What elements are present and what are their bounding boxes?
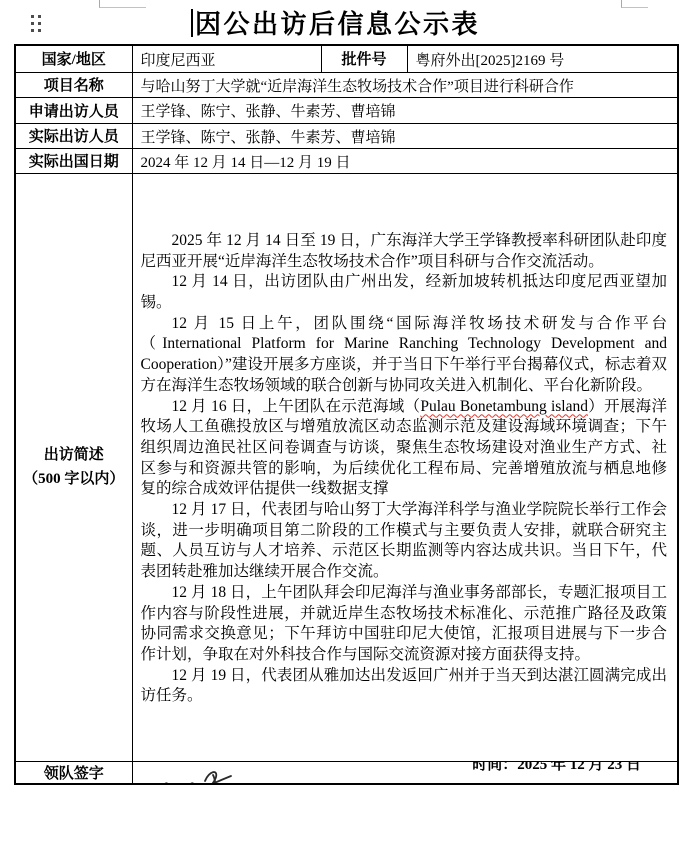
applied-personnel-label-cell: 申请出访人员 bbox=[15, 97, 132, 123]
table-row: 申请出访人员 王学锋、陈宁、张静、牛素芳、曹培锦 bbox=[15, 97, 678, 123]
table-row: 出访简述 （500 字以内） 2025 年 12 月 14 日至 19 日，广东… bbox=[15, 173, 678, 761]
summary-label-line2: （500 字以内） bbox=[18, 467, 130, 491]
spellcheck-underlined-text: Pulau Bonetambung island bbox=[420, 398, 588, 415]
signature-image bbox=[143, 766, 235, 784]
column-marker-icon bbox=[621, 0, 648, 8]
summary-label-line1: 出访简述 bbox=[18, 443, 130, 467]
project-label-cell: 项目名称 bbox=[15, 72, 132, 97]
summary-paragraph: 12 月 15 日上午，团队围绕“国际海洋牧场技术研发与合作平台（Interna… bbox=[141, 314, 668, 397]
info-table: 国家/地区 印度尼西亚 批件号 粤府外出[2025]2169 号 项目名称 与哈… bbox=[14, 44, 679, 785]
country-value-cell: 印度尼西亚 bbox=[132, 45, 321, 72]
summary-paragraphs: 2025 年 12 月 14 日至 19 日，广东海洋大学王学锋教授率科研团队赴… bbox=[141, 231, 668, 707]
page-title: 因公出访后信息公示表 bbox=[195, 4, 480, 41]
summary-paragraph: 2025 年 12 月 14 日至 19 日，广东海洋大学王学锋教授率科研团队赴… bbox=[141, 231, 668, 272]
actual-personnel-label-cell: 实际出访人员 bbox=[15, 123, 132, 148]
table-row: 实际出国日期 2024 年 12 月 14 日—12 月 19 日 bbox=[15, 148, 678, 173]
approval-no-label-cell: 批件号 bbox=[321, 45, 407, 72]
project-value-cell: 与哈山努丁大学就“近岸海洋生态牧场技术合作”项目进行科研合作 bbox=[132, 72, 678, 97]
signature-cell: 时间：2025 年 12 月 23 日 bbox=[132, 761, 678, 784]
table-row: 实际出访人员 王学锋、陈宁、张静、牛素芳、曹培锦 bbox=[15, 123, 678, 148]
actual-personnel-value-cell: 王学锋、陈宁、张静、牛素芳、曹培锦 bbox=[132, 123, 678, 148]
dates-value-cell: 2024 年 12 月 14 日—12 月 19 日 bbox=[132, 148, 678, 173]
table-row: 领队签字 时间：2025 年 12 月 23 日 bbox=[15, 761, 678, 784]
leader-signature-label-cell: 领队签字 bbox=[15, 761, 132, 784]
summary-paragraph: 12 月 16 日，上午团队在示范海域（Pulau Bonetambung is… bbox=[141, 397, 668, 501]
signature-date: 时间：2025 年 12 月 23 日 bbox=[472, 761, 641, 774]
summary-paragraph: 12 月 18 日，上午团队拜会印尼海洋与渔业事务部部长，专题汇报项目工作内容与… bbox=[141, 583, 668, 666]
summary-label-cell: 出访简述 （500 字以内） bbox=[15, 173, 132, 761]
document-page: 因公出访后信息公示表 国家/地区 印度尼西亚 批件号 粤府外出[2025]216… bbox=[0, 0, 694, 858]
summary-paragraph: 12 月 14 日，出访团队由广州出发，经新加坡转机抵达印度尼西亚望加锡。 bbox=[141, 272, 668, 313]
dates-label-cell: 实际出国日期 bbox=[15, 148, 132, 173]
table-row: 国家/地区 印度尼西亚 批件号 粤府外出[2025]2169 号 bbox=[15, 45, 678, 72]
summary-text-cell: 2025 年 12 月 14 日至 19 日，广东海洋大学王学锋教授率科研团队赴… bbox=[132, 173, 678, 761]
text-cursor bbox=[191, 9, 193, 37]
table-drag-handle-icon[interactable] bbox=[31, 15, 41, 32]
table-row: 项目名称 与哈山努丁大学就“近岸海洋生态牧场技术合作”项目进行科研合作 bbox=[15, 72, 678, 97]
approval-no-value-cell: 粤府外出[2025]2169 号 bbox=[407, 45, 678, 72]
applied-personnel-value-cell: 王学锋、陈宁、张静、牛素芳、曹培锦 bbox=[132, 97, 678, 123]
summary-paragraph: 12 月 17 日，代表团与哈山努丁大学海洋科学与渔业学院院长举行工作会谈，进一… bbox=[141, 500, 668, 583]
country-label-cell: 国家/地区 bbox=[15, 45, 132, 72]
column-marker-icon bbox=[99, 0, 146, 8]
summary-paragraph: 12 月 19 日，代表团从雅加达出发返回广州并于当天到达湛江圆满完成出访任务。 bbox=[141, 666, 668, 707]
